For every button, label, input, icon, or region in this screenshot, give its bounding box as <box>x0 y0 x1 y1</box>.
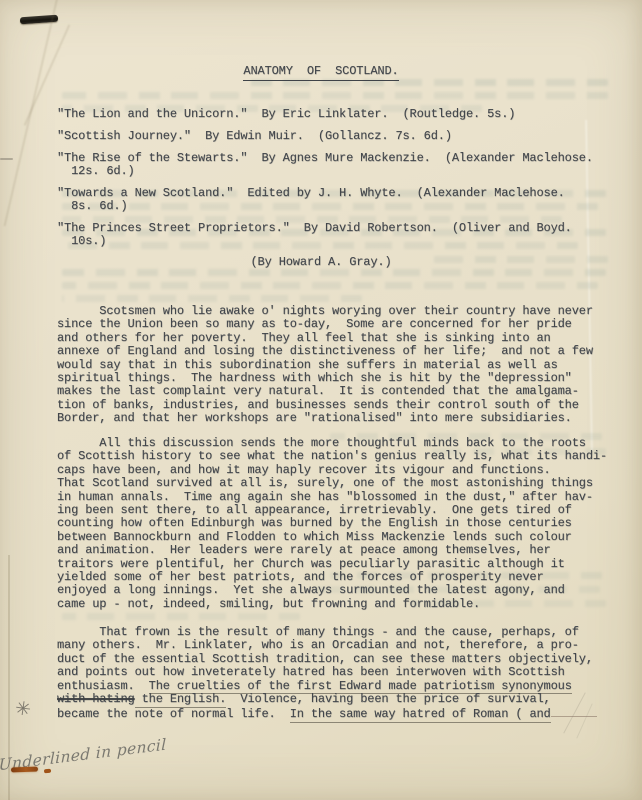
paragraph-3: That frown is the result of many things … <box>57 626 597 722</box>
text-line: would say that in this subordination she… <box>57 359 593 372</box>
text-line: traitors were plentiful, her Church was … <box>57 558 607 571</box>
text-line: since the Union been so many as to-day, … <box>57 318 593 331</box>
rust-stain <box>44 769 51 773</box>
text-line: and others for her poverty. They all fee… <box>57 332 593 345</box>
text-line: Border, and that her workshops are "rati… <box>57 412 593 425</box>
text-line: makes the last complaint very natural. I… <box>57 385 593 398</box>
byline-text: (By Howard A. Gray.) <box>250 255 391 269</box>
paragraph-1: Scotsmen who lie awake o' nights worying… <box>57 305 593 426</box>
text-line: in human annals. Time ang again she has … <box>57 491 607 504</box>
paper-crease <box>4 0 59 226</box>
text-line: 10s.) <box>57 235 626 248</box>
document-page: ANATOMY OF SCOTLAND. "The Lion and the U… <box>0 0 642 800</box>
text-line: "Towards a New Scotland." Edited by J. H… <box>57 187 626 200</box>
text-line-struck: with hating the English. Violence, havin… <box>57 693 597 706</box>
page-title-text: ANATOMY OF SCOTLAND. <box>243 65 398 81</box>
text-line: "Scottish Journey." By Edwin Muir. (Goll… <box>57 130 626 143</box>
text-line: duct of the essential Scottish tradition… <box>57 653 597 666</box>
text-line: That frown is the result of many things … <box>57 626 597 639</box>
text-line: counting how often Edinburgh was burned … <box>57 517 607 530</box>
text-line: enjoyed a long innings. Yet she always s… <box>57 584 607 597</box>
pencil-dash <box>0 158 13 160</box>
pencil-asterisk-icon: ✳ <box>14 697 33 721</box>
text-line: spiritual things. The hardness with whic… <box>57 372 593 385</box>
text-line: "The Princes Street Proprietors." By Dav… <box>57 222 626 235</box>
pencil-underlined-text: the English. <box>135 692 227 708</box>
struck-text: with hating <box>57 692 135 706</box>
page-title: ANATOMY OF SCOTLAND. <box>0 61 642 81</box>
text-line: of Scottish history to see what the nati… <box>57 450 607 463</box>
text-line: "The Rise of the Stewarts." By Agnes Mur… <box>57 152 626 165</box>
text-line-underlined: became the note of normal life. In the s… <box>57 706 597 721</box>
pencil-underlined-text: In the same way hatred of Roman ( and <box>290 707 551 723</box>
book-entry: "The Lion and the Unicorn." By Eric Link… <box>57 108 626 121</box>
book-entry: "Scottish Journey." By Edwin Muir. (Goll… <box>57 130 626 143</box>
text-line-underlined: enthusiasm. The cruelties of the first E… <box>57 680 597 693</box>
text-line: 8s. 6d.) <box>57 200 626 213</box>
text-line: caps have been, and how it may haply rec… <box>57 464 607 477</box>
text-line: tion of banks, industries, and businesse… <box>57 399 593 412</box>
book-entry: "The Rise of the Stewarts." By Agnes Mur… <box>57 152 626 178</box>
text-line: between Bannockburn and Flodden to which… <box>57 531 607 544</box>
text-segment: enthusiasm. <box>57 679 149 693</box>
rust-stain <box>11 767 38 773</box>
text-segment: became the note of normal life. <box>57 707 290 721</box>
text-segment: Violence, having been the price of survi… <box>226 692 550 706</box>
book-entry: "Towards a New Scotland." Edited by J. H… <box>57 187 626 213</box>
text-line: All this discussion sends the more thoug… <box>57 437 607 450</box>
book-list: "The Lion and the Unicorn." By Eric Link… <box>57 108 626 257</box>
text-line: came up - not, indeed, smiling, but frow… <box>57 598 607 611</box>
paragraph-2: All this discussion sends the more thoug… <box>57 437 607 611</box>
text-line: and animation. Her leaders were rarely a… <box>57 544 607 557</box>
text-line: yielded some of her best patriots, and t… <box>57 571 607 584</box>
text-line: and points out how inveterately hatred h… <box>57 666 597 679</box>
text-line: many others. Mr. Linklater, who is an Or… <box>57 639 597 652</box>
text-line: "The Lion and the Unicorn." By Eric Link… <box>57 108 626 121</box>
text-line: 12s. 6d.) <box>57 165 626 178</box>
pencil-trailing-line <box>551 706 597 717</box>
text-line: ing been sent there, to all appearance, … <box>57 504 607 517</box>
byline: (By Howard A. Gray.) <box>0 252 642 270</box>
text-line: That Scotland survived at all is, surely… <box>57 477 607 490</box>
text-line: annexe of England and losing the distinc… <box>57 345 593 358</box>
text-line: Scotsmen who lie awake o' nights worying… <box>57 305 593 318</box>
book-entry: "The Princes Street Proprietors." By Dav… <box>57 222 626 248</box>
